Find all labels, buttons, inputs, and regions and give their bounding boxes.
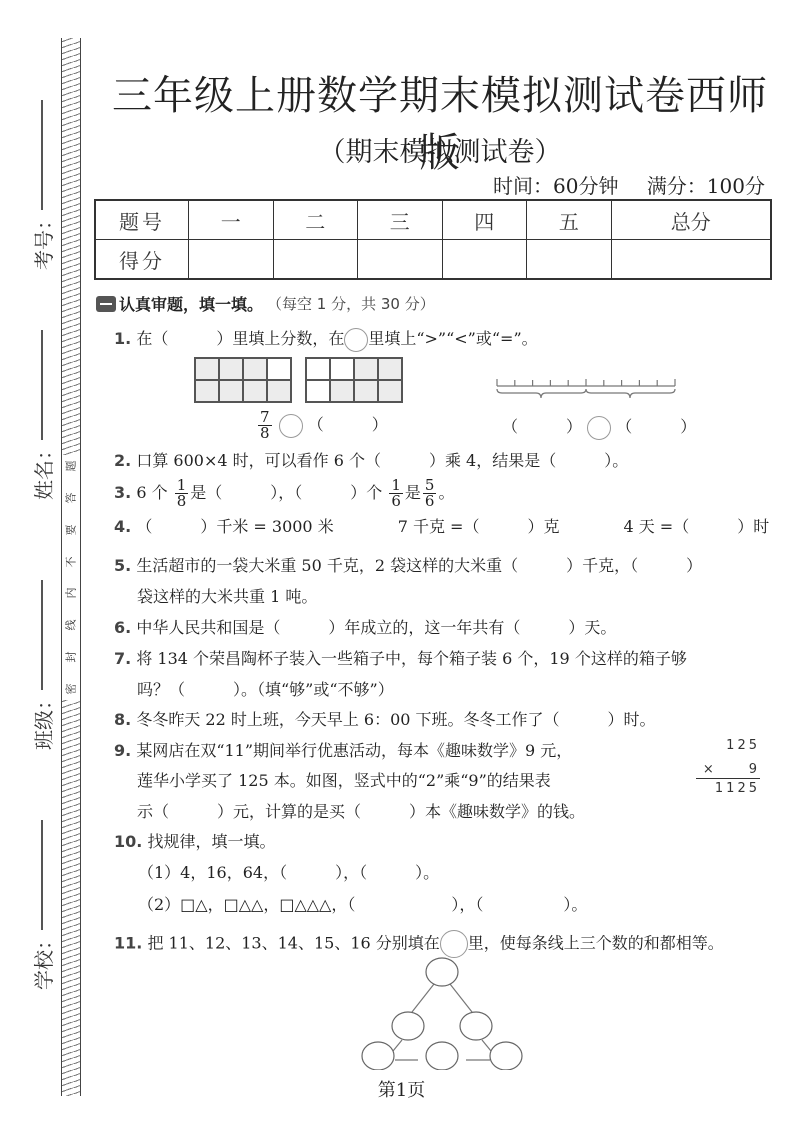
question-8: 8. 冬冬昨天 22 时上班，今天早上 6：00 下班。冬冬工作了（ ）时。	[114, 707, 656, 730]
binding-char: 线	[64, 620, 78, 631]
denominator: 8	[260, 426, 270, 441]
score-cell[interactable]	[273, 240, 358, 280]
question-number: 11.	[114, 934, 142, 953]
question-9-cont-1: 莲华小学买了 125 本。如图，竖式中的“2”乘“9”的结果表	[137, 768, 551, 791]
question-10: 10. 找规律，填一填。	[114, 829, 275, 852]
compare-circle[interactable]	[279, 414, 303, 438]
page-number: 第1页	[0, 1076, 793, 1102]
grid-cell-shaded	[195, 380, 219, 402]
grid-cell-shaded	[354, 358, 378, 380]
grid-cell-empty	[330, 358, 354, 380]
question-number: 7.	[114, 649, 131, 668]
question-text: 里填上“>”“<”或“=”。	[368, 329, 537, 348]
fraction-grid-right	[305, 357, 403, 403]
question-text: 将 134 个荣昌陶杯子装入一些箱子中，每个箱子装 6 个，19 个这样的箱子够	[136, 649, 687, 668]
score-cell[interactable]	[358, 240, 443, 280]
q1-compare-right: （ ） （ ）	[502, 414, 696, 440]
question-text: 中华人民共和国是（ ）年成立的，这一年共有（ ）天。	[136, 618, 616, 637]
grid-cell-empty	[306, 358, 330, 380]
question-4: 4. （ ）千米 = 3000 米 7 千克 =（ ）克 4 天 =（ ）时	[114, 514, 769, 537]
question-number: 10.	[114, 832, 142, 851]
class-line[interactable]	[41, 580, 43, 690]
question-text: 里，使每条线上三个数的和都相等。	[468, 934, 724, 953]
multiplier: × 9	[700, 758, 760, 778]
section-title: 认真审题，填一填。	[119, 292, 263, 315]
node-circle-mid-left[interactable]	[392, 1012, 424, 1040]
exam-number-line[interactable]	[41, 100, 43, 210]
question-number: 3.	[114, 483, 131, 502]
question-number: 1.	[114, 329, 131, 348]
binding-char: 封	[64, 652, 78, 663]
grid-cell-shaded	[195, 358, 219, 380]
score-cell[interactable]	[189, 240, 274, 280]
exam-number-field[interactable]: 考号：	[30, 100, 54, 270]
fraction: 18	[175, 478, 189, 509]
question-text: 在（ ）里填上分数，在	[136, 329, 344, 348]
column-1: 一	[189, 200, 274, 240]
question-text: 某网店在双“11”期间举行优惠活动，每本《趣味数学》9 元，	[136, 741, 572, 760]
class-label: 班级：	[12, 708, 72, 732]
multiplicand: 125	[700, 738, 760, 758]
binding-char: 不	[64, 556, 78, 567]
exam-number-label: 考号：	[12, 228, 72, 252]
question-text: 是	[405, 483, 421, 502]
question-2: 2. 口算 600×4 时，可以看作 6 个（ ）乘 4，结果是（ ）。	[114, 448, 628, 471]
question-number-header: 题号	[95, 200, 189, 240]
question-number: 8.	[114, 710, 131, 729]
score-cell-total[interactable]	[611, 240, 771, 280]
binding-warning: 密 封 线 内 不 要 答 题	[61, 455, 81, 700]
question-text: 把 11、12、13、14、15、16 分别填在	[147, 934, 439, 953]
fraction: 16	[389, 478, 403, 509]
question-10-sub-1: （1）4，16，64，（ ），（ ）。	[138, 860, 439, 883]
question-text: 6 个	[136, 483, 167, 502]
exam-time: 时间：60分钟	[493, 174, 618, 198]
denominator: 6	[425, 494, 435, 509]
number-line-with-braces	[494, 376, 680, 402]
question-9: 9. 某网店在双“11”期间举行优惠活动，每本《趣味数学》9 元，	[114, 738, 572, 761]
answer-blank[interactable]: （ ）	[616, 417, 696, 436]
column-4: 四	[442, 200, 527, 240]
school-line[interactable]	[41, 820, 43, 930]
section-1-heading: 认真审题，填一填。 （每空 1 分，共 30 分）	[96, 292, 435, 315]
binding-char: 要	[64, 524, 78, 535]
q1-compare-left: 78 （ ）	[256, 410, 388, 441]
exam-full-score: 满分：100分	[647, 174, 765, 198]
column-5: 五	[527, 200, 612, 240]
column-total: 总分	[611, 200, 771, 240]
section-note: （每空 1 分，共 30 分）	[267, 293, 435, 314]
score-cell[interactable]	[527, 240, 612, 280]
node-circle-bottom-right[interactable]	[490, 1042, 522, 1070]
compare-circle[interactable]	[587, 416, 611, 440]
grid-cell-shaded	[354, 380, 378, 402]
node-circle-top[interactable]	[426, 958, 458, 986]
question-9-cont-2: 示（ ）元，计算的是买（ ）本《趣味数学》的钱。	[137, 799, 585, 822]
fraction-7-8: 78	[258, 410, 272, 441]
grid-cell-shaded	[219, 380, 243, 402]
question-number: 4.	[114, 517, 131, 536]
answer-blank[interactable]: （ ）	[502, 417, 582, 436]
question-text: 生活超市的一袋大米重 50 千克，2 袋这样的大米重（ ）千克，（ ）	[136, 556, 702, 575]
grid-cell-empty	[306, 380, 330, 402]
answer-blank[interactable]: （ ）	[308, 415, 388, 434]
grid-cell-shaded	[267, 380, 291, 402]
grid-cell-shaded	[378, 358, 402, 380]
vertical-multiplication: 125 × 9 1125	[700, 738, 760, 801]
school-field[interactable]: 学校：	[30, 820, 54, 990]
denominator: 6	[391, 494, 401, 509]
question-number: 5.	[114, 556, 131, 575]
column-3: 三	[358, 200, 443, 240]
grid-cell-shaded	[330, 380, 354, 402]
binding-char: 内	[64, 588, 78, 599]
binding-char: 密	[64, 683, 78, 694]
question-5: 5. 生活超市的一袋大米重 50 千克，2 袋这样的大米重（ ）千克，（ ）	[114, 553, 702, 576]
question-number: 2.	[114, 451, 131, 470]
question-text: 冬冬昨天 22 时上班，今天早上 6：00 下班。冬冬工作了（ ）时。	[136, 710, 655, 729]
class-field[interactable]: 班级：	[30, 580, 54, 750]
name-line[interactable]	[41, 330, 43, 440]
question-number: 9.	[114, 741, 131, 760]
question-text: 。	[438, 483, 454, 502]
fraction: 56	[423, 478, 437, 509]
result-line	[696, 778, 760, 779]
page-subtitle: （期末模拟测试卷）	[100, 130, 780, 169]
question-1: 1. 在（ ）里填上分数，在里填上“>”“<”或“=”。	[114, 326, 538, 352]
school-label: 学校：	[12, 948, 72, 972]
question-5-cont: 袋这样的大米共重 1 吨。	[137, 584, 317, 607]
circle-icon	[344, 328, 368, 352]
score-table-score-row: 得分	[95, 240, 771, 280]
question-text: 找规律，填一填。	[147, 832, 275, 851]
question-3: 3. 6 个 18是（ ），（ ）个 16是56。	[114, 478, 454, 509]
question-number: 6.	[114, 618, 131, 637]
score-table-header-row: 题号 一 二 三 四 五 总分	[95, 200, 771, 240]
grid-cell-shaded	[378, 380, 402, 402]
triangle-circle-diagram	[350, 952, 530, 1070]
exam-meta: 时间：60分钟 满分：100分	[493, 170, 765, 199]
question-text: （ ）千米 = 3000 米 7 千克 =（ ）克 4 天 =（ ）时	[136, 517, 769, 536]
fraction-grid-left	[194, 357, 292, 403]
node-circle-mid-right[interactable]	[460, 1012, 492, 1040]
binding-char: 答	[64, 492, 78, 503]
node-circle-bottom-mid[interactable]	[426, 1042, 458, 1070]
grid-cell-shaded	[243, 358, 267, 380]
name-field[interactable]: 姓名：	[30, 330, 54, 500]
question-6: 6. 中华人民共和国是（ ）年成立的，这一年共有（ ）天。	[114, 615, 616, 638]
grid-cell-empty	[267, 358, 291, 380]
question-7: 7. 将 134 个荣昌陶杯子装入一些箱子中，每个箱子装 6 个，19 个这样的…	[114, 646, 687, 669]
grid-cell-shaded	[219, 358, 243, 380]
score-header: 得分	[95, 240, 189, 280]
grid-cell-shaded	[243, 380, 267, 402]
question-text: 口算 600×4 时，可以看作 6 个（ ）乘 4，结果是（ ）。	[136, 451, 628, 470]
product: 1125	[700, 781, 760, 801]
column-2: 二	[273, 200, 358, 240]
question-10-sub-2: （2）□△，□△△，□△△△，（ ），（ ）。	[138, 892, 587, 915]
name-label: 姓名：	[12, 458, 72, 482]
score-cell[interactable]	[442, 240, 527, 280]
question-text: 是（ ），（ ）个	[190, 483, 382, 502]
section-number-badge-icon	[96, 296, 116, 312]
score-table: 题号 一 二 三 四 五 总分 得分	[94, 199, 772, 280]
node-circle-bottom-left[interactable]	[362, 1042, 394, 1070]
question-7-cont: 吗？（ ）。（填“够”或“不够”）	[137, 677, 394, 700]
denominator: 8	[177, 494, 187, 509]
